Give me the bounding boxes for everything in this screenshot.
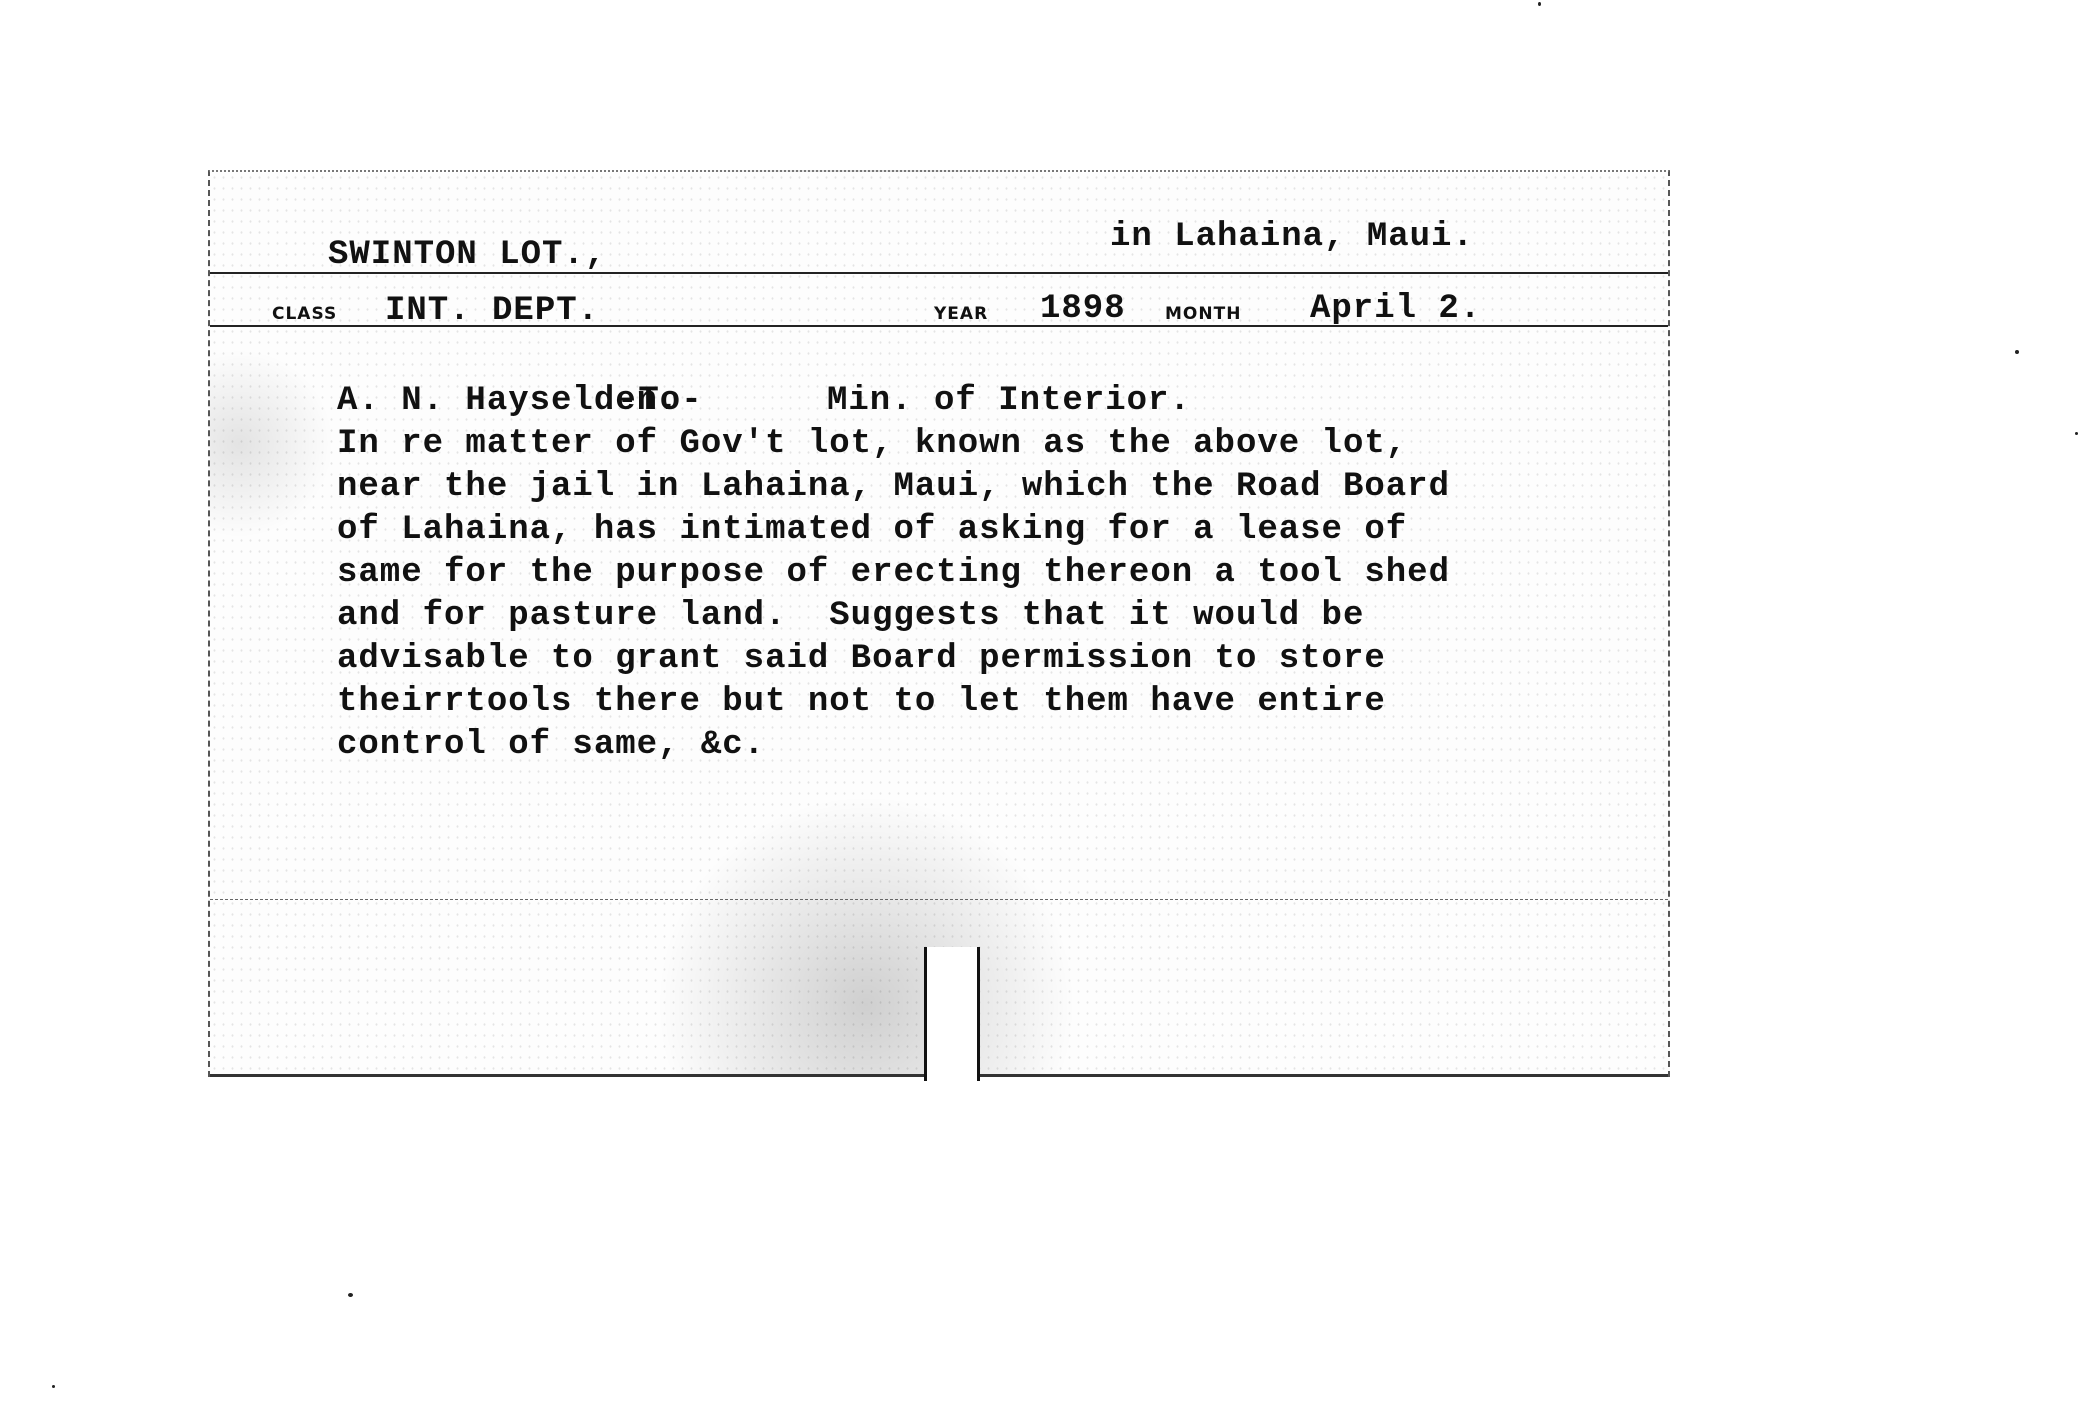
- year-label: YEAR: [934, 306, 988, 323]
- month-label: MONTH: [1165, 306, 1241, 323]
- card-location: in Lahaina, Maui.: [1110, 220, 1474, 254]
- body-line: near the jail in Lahaina, Maui, which th…: [337, 466, 1450, 509]
- scan-speck: [348, 1293, 353, 1297]
- scan-speck: [2015, 350, 2019, 354]
- body-line: advisable to grant said Board permission…: [337, 638, 1450, 681]
- correspondence-line: A. N. Hayselden. -To- Min. of Interior.: [337, 380, 1450, 423]
- recipient: Min. of Interior.: [827, 380, 1191, 423]
- year-value: 1898: [1040, 292, 1126, 326]
- scan-speck: [52, 1385, 55, 1388]
- body-line: of Lahaina, has intimated of asking for …: [337, 509, 1450, 552]
- sender: A. N. Hayselden.: [337, 380, 617, 423]
- scan-speck: [2075, 432, 2078, 435]
- body-line: and for pasture land. Suggests that it w…: [337, 595, 1450, 638]
- scan-speck: [1538, 2, 1541, 6]
- index-card: SWINTON LOT., in Lahaina, Maui. CLASS IN…: [208, 170, 1670, 1077]
- bottom-guide-rule: [210, 899, 1668, 901]
- class-value: INT. DEPT.: [385, 294, 599, 328]
- body-line: In re matter of Gov't lot, known as the …: [337, 423, 1450, 466]
- month-value: April 2.: [1310, 292, 1481, 326]
- body-line: same for the purpose of erecting thereon…: [337, 552, 1450, 595]
- card-notch: [924, 947, 980, 1081]
- card-body: A. N. Hayselden. -To- Min. of Interior. …: [337, 380, 1450, 767]
- body-line: theirrtools there but not to let them ha…: [337, 681, 1450, 724]
- to-marker: -To-: [617, 380, 827, 423]
- body-line: control of same, &c.: [337, 724, 1450, 767]
- card-title: SWINTON LOT.,: [328, 238, 606, 272]
- class-label: CLASS: [272, 306, 337, 323]
